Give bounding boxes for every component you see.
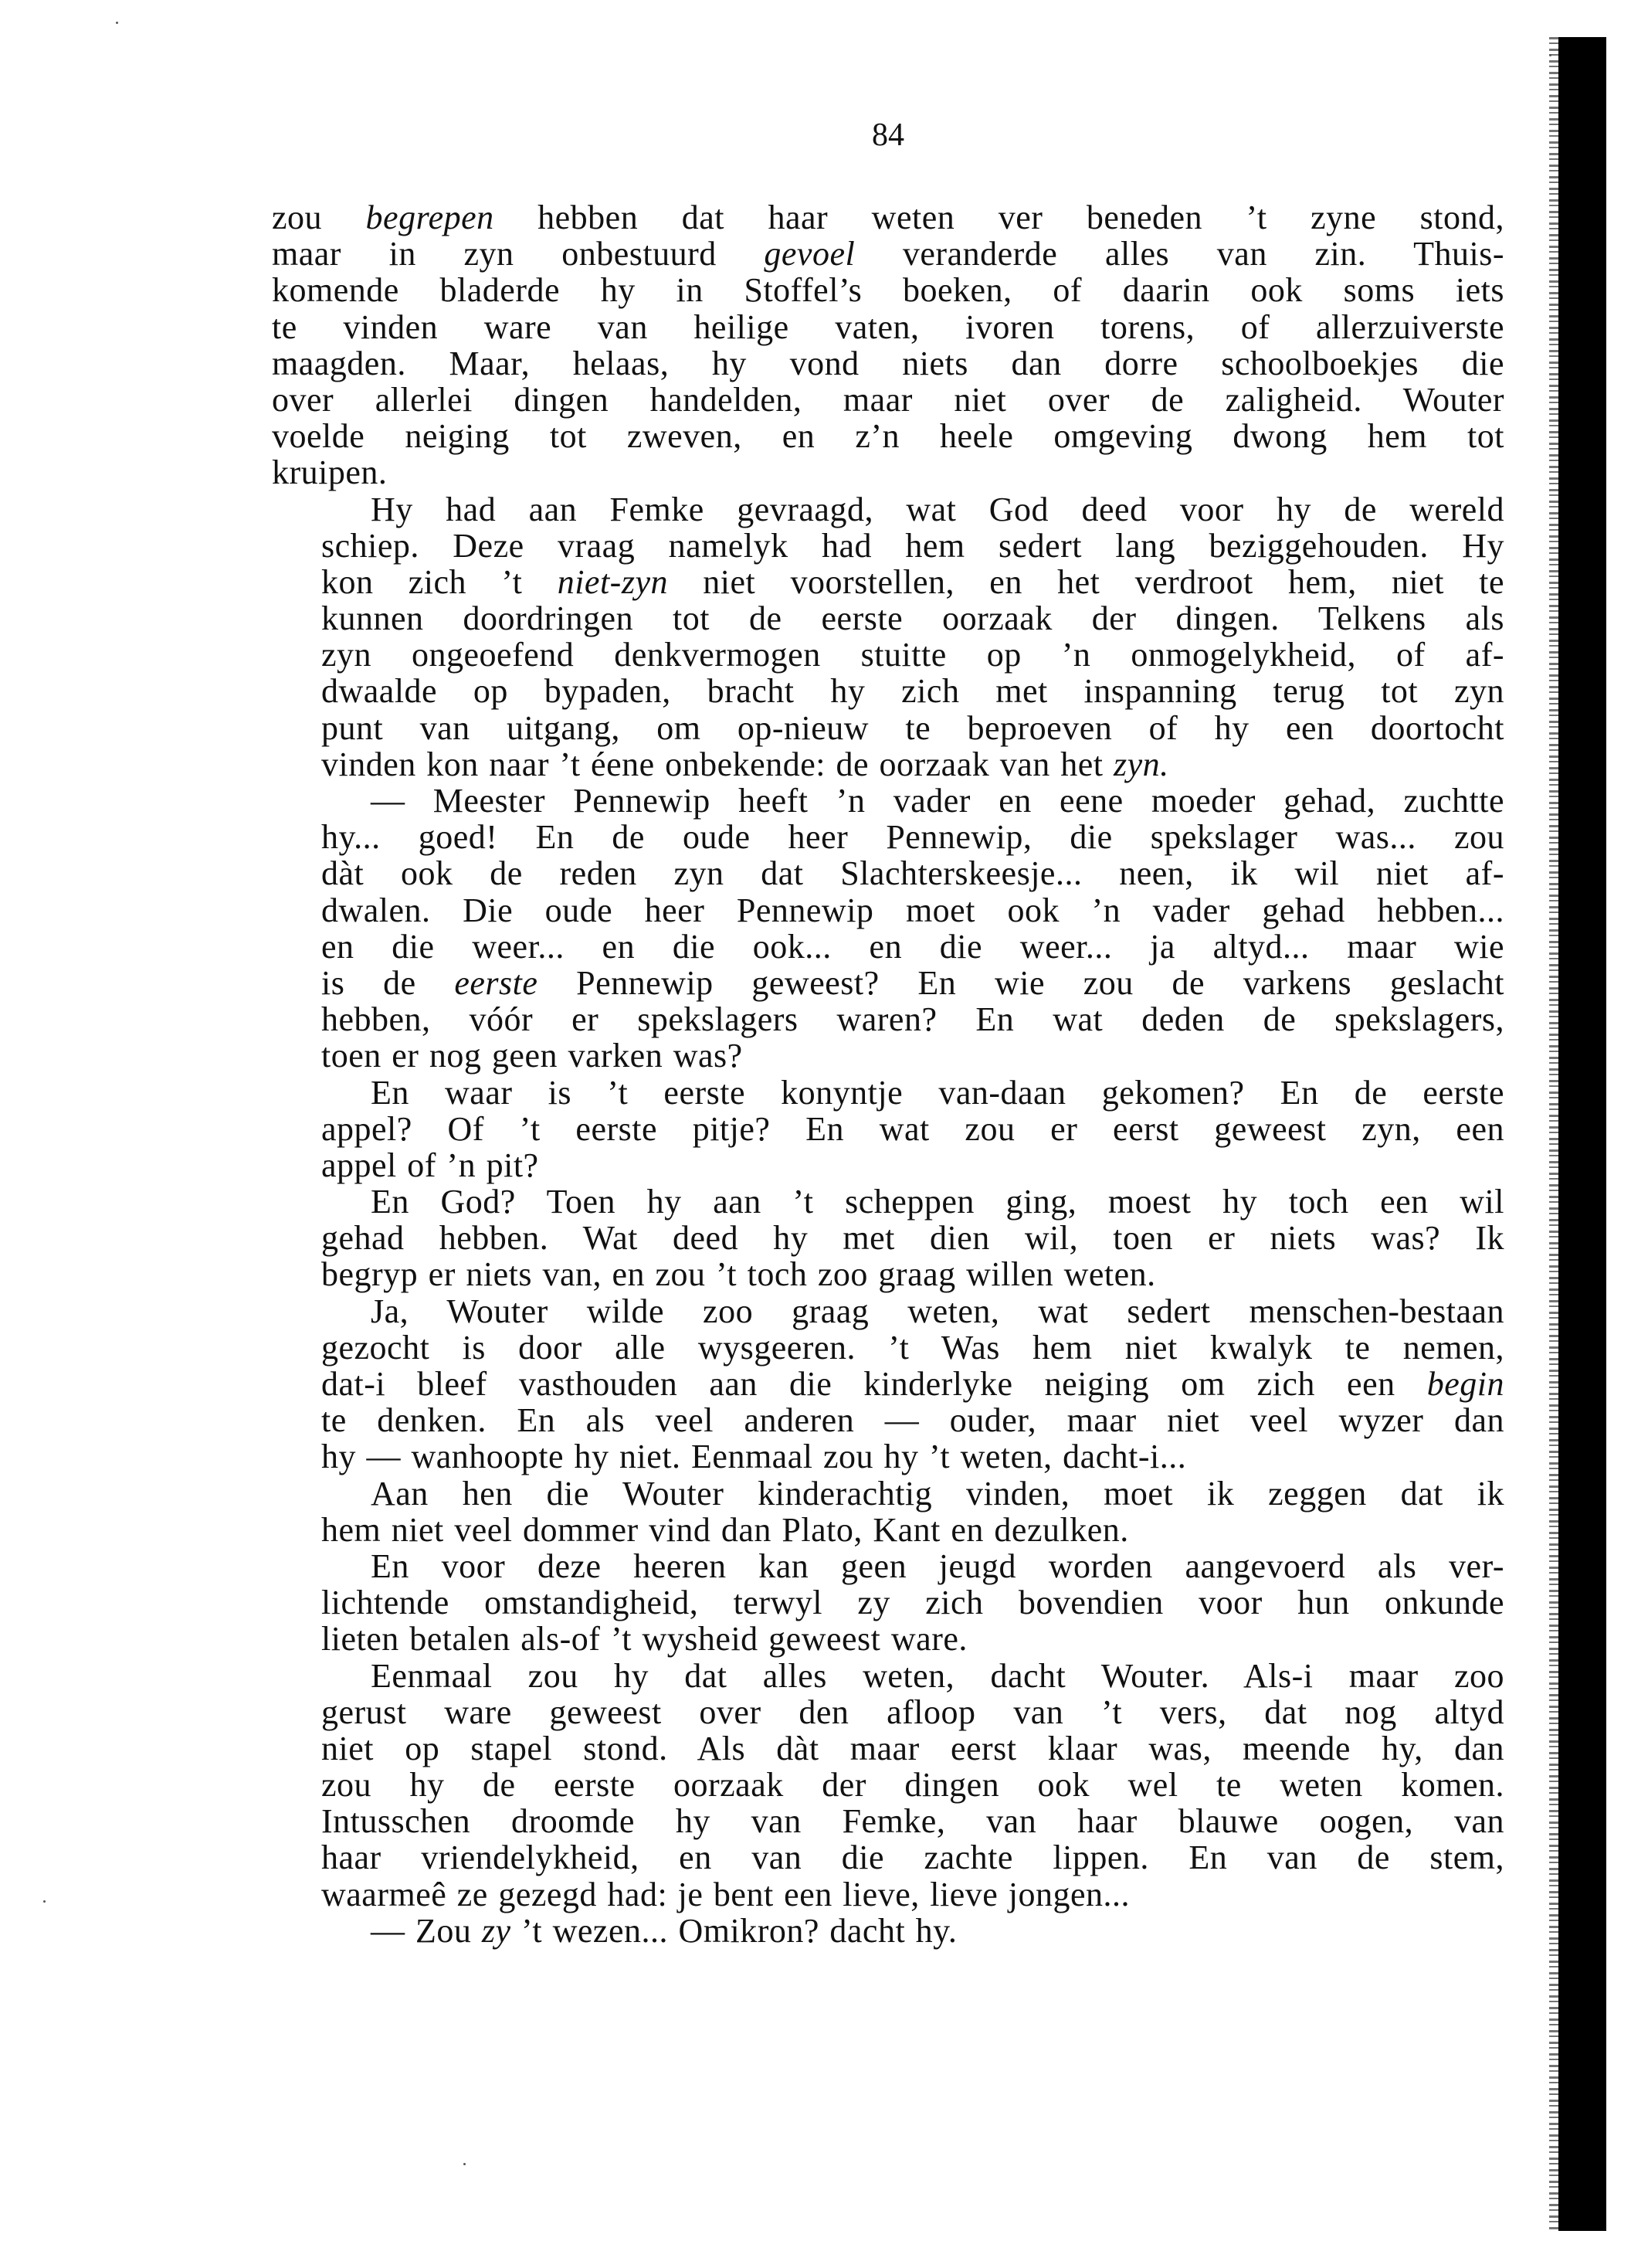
text-line: voelde neiging tot zweven, en z’n heele … xyxy=(272,418,1504,454)
text-line: te vinden ware van heilige vaten, ivoren… xyxy=(272,309,1504,345)
text-run: En voor deze heeren kan geen jeugd worde… xyxy=(371,1547,1504,1585)
text-line: is de eerste Pennewip geweest? En wie zo… xyxy=(272,965,1504,1001)
text-run: te denken. En als veel anderen — ouder, … xyxy=(321,1401,1504,1439)
paragraph: En waar is ’t eerste konyntje van-daan g… xyxy=(272,1075,1504,1184)
text-line: schiep. Deze vraag namelyk had hem seder… xyxy=(272,528,1504,564)
text-run: dat-i bleef vasthouden aan die kinderlyk… xyxy=(321,1365,1427,1403)
text-line: zyn ongeoefend denkvermogen stuitte op ’… xyxy=(272,637,1504,673)
text-run: En God? Toen hy aan ’t scheppen ging, mo… xyxy=(371,1183,1504,1221)
text-run: Pennewip geweest? En wie zou de varkens … xyxy=(537,964,1504,1002)
text-run: lichtende omstandigheid, terwyl zy zich … xyxy=(321,1584,1504,1621)
text-line: hebben, vóór er spekslagers waren? En wa… xyxy=(272,1001,1504,1037)
text-run: gezocht is door alle wysgeeren. ’t Was h… xyxy=(321,1329,1504,1367)
text-run: veranderde alles van zin. Thuis- xyxy=(855,235,1504,273)
text-line: gezocht is door alle wysgeeren. ’t Was h… xyxy=(272,1329,1504,1366)
text-run: kruipen. xyxy=(272,453,387,491)
text-line: punt van uitgang, om op-nieuw te beproev… xyxy=(272,710,1504,746)
scan-speck xyxy=(463,2163,466,2165)
text-line: maagden. Maar, helaas, hy vond niets dan… xyxy=(272,345,1504,382)
text-line: hem niet veel dommer vind dan Plato, Kan… xyxy=(272,1512,1504,1548)
text-run: maagden. Maar, helaas, hy vond niets dan… xyxy=(272,345,1504,382)
text-run: appel of ’n pit? xyxy=(321,1146,539,1184)
text-run: dwalen. Die oude heer Pennewip moet ook … xyxy=(321,891,1504,929)
text-line: toen er nog geen varken was? xyxy=(272,1037,1504,1074)
text-run: kon zich ’t xyxy=(321,563,558,601)
text-line: kunnen doordringen tot de eerste oorzaak… xyxy=(272,600,1504,637)
text-run: kunnen doordringen tot de eerste oorzaak… xyxy=(321,599,1504,637)
text-line: maar in zyn onbestuurd gevoel veranderde… xyxy=(272,236,1504,272)
text-run: over allerlei dingen handelden, maar nie… xyxy=(272,381,1504,419)
text-run: En waar is ’t eerste konyntje van-daan g… xyxy=(371,1074,1504,1112)
text-line: En God? Toen hy aan ’t scheppen ging, mo… xyxy=(272,1183,1504,1220)
text-run: Eenmaal zou hy dat alles weten, dacht Wo… xyxy=(371,1657,1504,1695)
text-run: en die weer... en die ook... en die weer… xyxy=(321,928,1504,966)
text-line: dwalen. Die oude heer Pennewip moet ook … xyxy=(272,892,1504,929)
text-run: vinden kon naar ’t éene onbekende: de oo… xyxy=(321,745,1114,783)
text-run: hebben dat haar weten ver beneden ’t zyn… xyxy=(494,199,1504,236)
scan-edge-shadow xyxy=(1558,37,1606,2231)
paragraph: En God? Toen hy aan ’t scheppen ging, mo… xyxy=(272,1183,1504,1293)
paragraph: zou begrepen hebben dat haar weten ver b… xyxy=(272,199,1504,491)
text-line: haar vriendelykheid, en van die zachte l… xyxy=(272,1839,1504,1876)
text-line: dat-i bleef vasthouden aan die kinderlyk… xyxy=(272,1366,1504,1402)
text-run: hebben, vóór er spekslagers waren? En wa… xyxy=(321,1000,1504,1038)
text-run: te vinden ware van heilige vaten, ivoren… xyxy=(272,308,1504,346)
scan-speck xyxy=(1549,54,1551,56)
text-line: appel of ’n pit? xyxy=(272,1147,1504,1183)
body-text: zou begrepen hebben dat haar weten ver b… xyxy=(272,199,1504,1949)
text-line: En voor deze heeren kan geen jeugd worde… xyxy=(272,1548,1504,1584)
text-run: lieten betalen als-of ’t wysheid geweest… xyxy=(321,1620,968,1658)
italic-text: zy xyxy=(482,1912,511,1950)
text-run: niet voorstellen, en het verdroot hem, n… xyxy=(668,563,1504,601)
text-line: vinden kon naar ’t éene onbekende: de oo… xyxy=(272,746,1504,783)
text-line: Eenmaal zou hy dat alles weten, dacht Wo… xyxy=(272,1658,1504,1694)
text-run: Ja, Wouter wilde zoo graag weten, wat se… xyxy=(371,1292,1504,1330)
italic-text: begin xyxy=(1427,1365,1504,1403)
text-run: hy... goed! En de oude heer Pennewip, di… xyxy=(321,818,1504,856)
text-line: — Zou zy ’t wezen... Omikron? dacht hy. xyxy=(272,1913,1504,1949)
paragraph: Hy had aan Femke gevraagd, wat God deed … xyxy=(272,491,1504,783)
text-line: Aan hen die Wouter kinderachtig vinden, … xyxy=(272,1475,1504,1512)
italic-text: niet-zyn xyxy=(558,563,668,601)
text-line: appel? Of ’t eerste pitje? En wat zou er… xyxy=(272,1111,1504,1147)
text-run: gehad hebben. Wat deed hy met dien wil, … xyxy=(321,1219,1504,1257)
text-line: lichtende omstandigheid, terwyl zy zich … xyxy=(272,1584,1504,1621)
text-run: begryp er niets van, en zou ’t toch zoo … xyxy=(321,1255,1156,1293)
paragraph: — Meester Pennewip heeft ’n vader en een… xyxy=(272,783,1504,1075)
text-line: niet op stapel stond. Als dàt maar eerst… xyxy=(272,1730,1504,1767)
text-run: haar vriendelykheid, en van die zachte l… xyxy=(321,1839,1504,1876)
text-line: hy — wanhoopte hy niet. Eenmaal zou hy ’… xyxy=(272,1438,1504,1475)
text-line: kon zich ’t niet-zyn niet voorstellen, e… xyxy=(272,564,1504,600)
text-run: dwaalde op bypaden, bracht hy zich met i… xyxy=(321,672,1504,710)
text-line: gerust ware geweest over den afloop van … xyxy=(272,1694,1504,1730)
paragraph: Ja, Wouter wilde zoo graag weten, wat se… xyxy=(272,1293,1504,1475)
text-run: waarmeê ze gezegd had: je bent een lieve… xyxy=(321,1876,1130,1913)
text-line: dwaalde op bypaden, bracht hy zich met i… xyxy=(272,673,1504,709)
italic-text: begrepen xyxy=(366,199,494,236)
text-run: is de xyxy=(321,964,454,1002)
text-line: — Meester Pennewip heeft ’n vader en een… xyxy=(272,783,1504,819)
text-run: voelde neiging tot zweven, en z’n heele … xyxy=(272,417,1504,455)
text-run: toen er nog geen varken was? xyxy=(321,1037,743,1075)
text-run: — Zou xyxy=(371,1912,482,1950)
text-line: zou hy de eerste oorzaak der dingen ook … xyxy=(272,1767,1504,1803)
text-line: waarmeê ze gezegd had: je bent een lieve… xyxy=(272,1876,1504,1913)
text-line: Ja, Wouter wilde zoo graag weten, wat se… xyxy=(272,1293,1504,1329)
text-line: begryp er niets van, en zou ’t toch zoo … xyxy=(272,1256,1504,1292)
text-run: hem niet veel dommer vind dan Plato, Kan… xyxy=(321,1511,1129,1549)
text-line: lieten betalen als-of ’t wysheid geweest… xyxy=(272,1621,1504,1657)
text-line: Hy had aan Femke gevraagd, wat God deed … xyxy=(272,491,1504,528)
paragraph: Aan hen die Wouter kinderachtig vinden, … xyxy=(272,1475,1504,1548)
italic-text: zyn. xyxy=(1114,745,1169,783)
text-run: schiep. Deze vraag namelyk had hem seder… xyxy=(321,527,1504,565)
paragraph: Eenmaal zou hy dat alles weten, dacht Wo… xyxy=(272,1658,1504,1913)
scan-speck xyxy=(116,22,118,24)
text-run: Intusschen droomde hy van Femke, van haa… xyxy=(321,1802,1504,1840)
italic-text: eerste xyxy=(454,964,537,1002)
text-run: Hy had aan Femke gevraagd, wat God deed … xyxy=(371,491,1504,528)
scan-speck xyxy=(43,1900,46,1903)
page-number: 84 xyxy=(0,116,1631,154)
text-run: komende bladerde hy in Stoffel’s boeken,… xyxy=(272,271,1504,309)
text-run: zyn ongeoefend denkvermogen stuitte op ’… xyxy=(321,636,1504,674)
text-line: dàt ook de reden zyn dat Slachterskeesje… xyxy=(272,855,1504,891)
paragraph: En voor deze heeren kan geen jeugd worde… xyxy=(272,1548,1504,1658)
text-run: — Meester Pennewip heeft ’n vader en een… xyxy=(371,782,1504,820)
text-run: appel? Of ’t eerste pitje? En wat zou er… xyxy=(321,1110,1504,1148)
text-run: ’t wezen... Omikron? dacht hy. xyxy=(511,1912,958,1950)
text-run: punt van uitgang, om op-nieuw te beproev… xyxy=(321,709,1504,747)
text-run: maar in zyn onbestuurd xyxy=(272,235,764,273)
italic-text: gevoel xyxy=(764,235,855,273)
text-line: kruipen. xyxy=(272,454,1504,491)
text-line: gehad hebben. Wat deed hy met dien wil, … xyxy=(272,1220,1504,1256)
paragraph: — Zou zy ’t wezen... Omikron? dacht hy. xyxy=(272,1913,1504,1949)
text-line: hy... goed! En de oude heer Pennewip, di… xyxy=(272,819,1504,855)
text-run: Aan hen die Wouter kinderachtig vinden, … xyxy=(371,1475,1504,1513)
text-run: niet op stapel stond. Als dàt maar eerst… xyxy=(321,1730,1504,1767)
text-run: hy — wanhoopte hy niet. Eenmaal zou hy ’… xyxy=(321,1438,1186,1475)
text-line: over allerlei dingen handelden, maar nie… xyxy=(272,382,1504,418)
text-line: Intusschen droomde hy van Femke, van haa… xyxy=(272,1803,1504,1839)
text-line: komende bladerde hy in Stoffel’s boeken,… xyxy=(272,272,1504,308)
text-run: gerust ware geweest over den afloop van … xyxy=(321,1693,1504,1731)
text-line: En waar is ’t eerste konyntje van-daan g… xyxy=(272,1075,1504,1111)
text-run: zou xyxy=(272,199,366,236)
text-line: zou begrepen hebben dat haar weten ver b… xyxy=(272,199,1504,236)
text-line: te denken. En als veel anderen — ouder, … xyxy=(272,1402,1504,1438)
text-line: en die weer... en die ook... en die weer… xyxy=(272,929,1504,965)
text-run: dàt ook de reden zyn dat Slachterskeesje… xyxy=(321,854,1504,892)
text-run: zou hy de eerste oorzaak der dingen ook … xyxy=(321,1766,1504,1804)
